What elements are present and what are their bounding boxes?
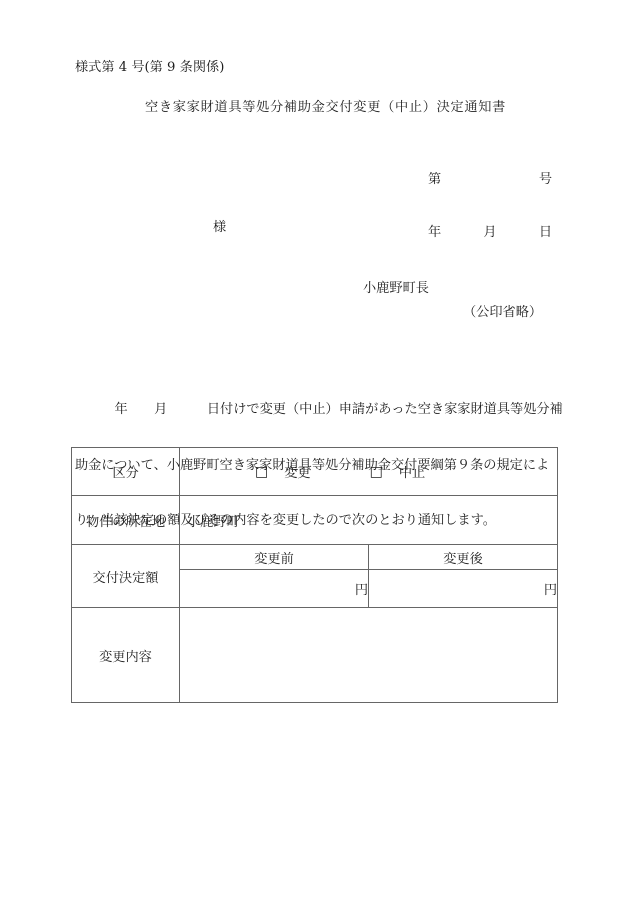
date-month-label: 月 — [483, 224, 496, 243]
date-day-label: 日 — [539, 224, 552, 243]
option-cancel: □ 中止 — [370, 462, 426, 481]
category-label: 区分 — [72, 448, 180, 496]
reference-block: 第 号 年 月 日 — [428, 137, 552, 276]
amount-after-unit: 円 — [544, 583, 557, 598]
doc-number-suffix: 号 — [539, 171, 552, 190]
table-row-changes: 変更内容 — [72, 608, 558, 703]
changes-label: 変更内容 — [72, 608, 180, 703]
document-title: 空き家家財道具等処分補助金交付変更（中止）決定通知書 — [145, 99, 506, 116]
recipient-honorific: 様 — [213, 219, 226, 236]
date-line: 年 月 日 — [428, 224, 552, 243]
changes-value-cell — [180, 608, 558, 703]
table-row-category: 区分 □ 変更 □ 中止 — [72, 448, 558, 496]
checkbox-cancel-label: 中止 — [399, 462, 425, 481]
table-row-amount-header: 交付決定額 変更前 変更後 — [72, 545, 558, 570]
sender-name: 小鹿野町長 — [363, 280, 429, 297]
checkbox-change-icon[interactable]: □ — [255, 465, 268, 479]
amount-after-value-cell: 円 — [369, 570, 558, 608]
table-row-location: 物件の所在地 小鹿野町 — [72, 496, 558, 545]
document-page: 様式第 4 号(第 9 条関係) 空き家家財道具等処分補助金交付変更（中止）決定… — [0, 0, 630, 903]
seal-omitted-note: （公印省略） — [463, 304, 542, 321]
body-line-1: 年 月 日付けで変更（中止）申請があった空き家家財道具等処分補 — [75, 399, 575, 421]
date-year-label: 年 — [428, 224, 441, 243]
form-number: 様式第 4 号(第 9 条関係) — [75, 59, 224, 76]
amount-before-value-cell: 円 — [180, 570, 369, 608]
location-value-cell: 小鹿野町 — [180, 496, 558, 545]
checkbox-cancel-icon[interactable]: □ — [370, 465, 383, 479]
amount-before-unit: 円 — [355, 583, 368, 598]
document-number-line: 第 号 — [428, 171, 552, 190]
location-label: 物件の所在地 — [72, 496, 180, 545]
category-options-cell: □ 変更 □ 中止 — [180, 448, 558, 496]
amount-label: 交付決定額 — [72, 545, 180, 608]
amount-after-header: 変更後 — [369, 545, 558, 570]
checkbox-change-label: 変更 — [284, 462, 310, 481]
amount-before-header: 変更前 — [180, 545, 369, 570]
details-table: 区分 □ 変更 □ 中止 物件の所在地 小鹿野町 — [71, 447, 558, 703]
location-value: 小鹿野町 — [180, 511, 557, 530]
category-options: □ 変更 □ 中止 — [180, 462, 557, 481]
option-change: □ 変更 — [255, 462, 311, 481]
doc-number-prefix: 第 — [428, 171, 441, 190]
